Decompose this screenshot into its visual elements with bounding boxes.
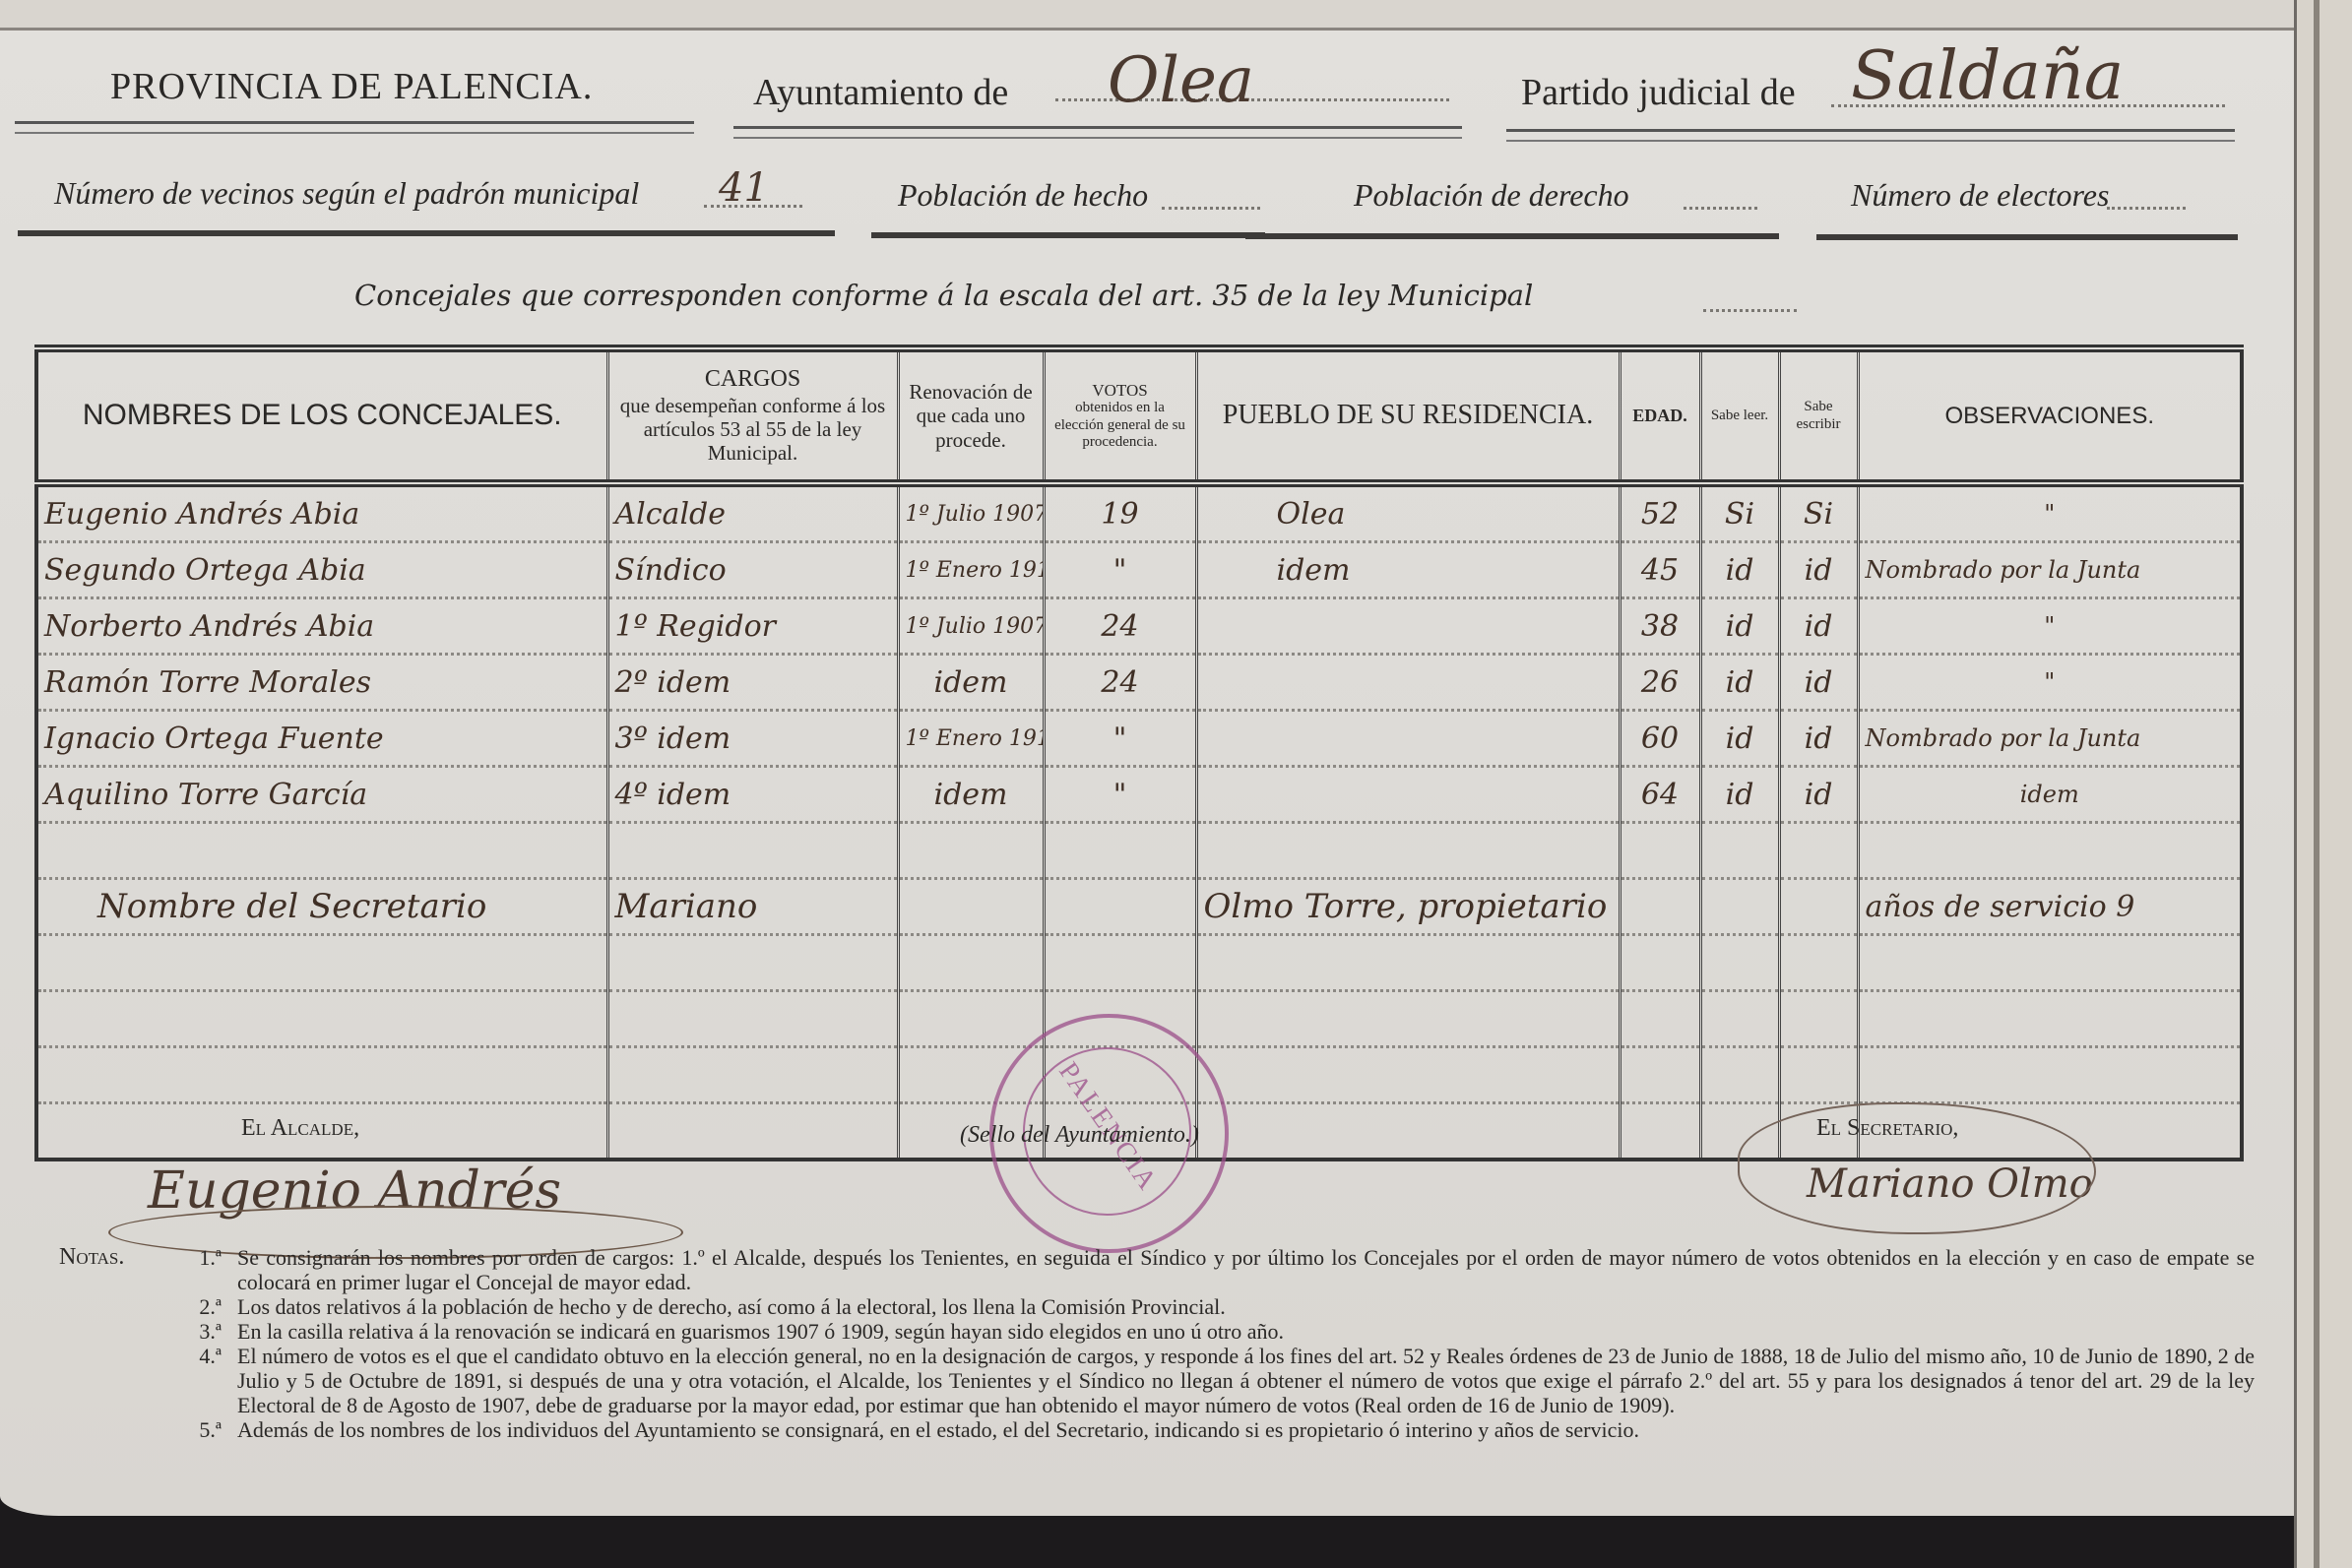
electores-label: Número de electores xyxy=(1851,177,2109,214)
cell-escribir xyxy=(1779,823,1858,879)
cell-observaciones: " xyxy=(1858,483,2242,542)
cell-pueblo xyxy=(1196,767,1620,823)
electores-field[interactable] xyxy=(2107,207,2186,210)
vecinos-value: 41 xyxy=(719,165,769,211)
cell-cargo xyxy=(607,1103,898,1160)
divider xyxy=(1506,129,2235,142)
cell-votos: 19 xyxy=(1044,483,1196,542)
header-votos: VOTOS obtenidos en la elección general d… xyxy=(1044,348,1196,483)
cell-votos: 24 xyxy=(1044,655,1196,711)
note-text: En la casilla relativa á la renovación s… xyxy=(237,1319,2255,1344)
cell-nombre: Segundo Ortega Abia xyxy=(36,542,607,598)
cell-renovacion: idem xyxy=(898,655,1044,711)
notes-label-spacer xyxy=(59,1294,162,1319)
cell-observaciones xyxy=(1858,1047,2242,1103)
cell-renovacion: 1º Enero 1910 xyxy=(898,542,1044,598)
page-edge-line xyxy=(2314,0,2320,1568)
sello-label: (Sello del Ayuntamiento.) xyxy=(960,1122,1199,1149)
cell-leer: Si xyxy=(1700,483,1779,542)
cell-pueblo xyxy=(1196,711,1620,767)
cell-escribir: id xyxy=(1779,598,1858,655)
cell-edad xyxy=(1620,991,1700,1047)
cell-edad: 26 xyxy=(1620,655,1700,711)
cell-cargo xyxy=(607,823,898,879)
page-edge xyxy=(2294,0,2352,1568)
cell-edad xyxy=(1620,879,1700,935)
cell-edad xyxy=(1620,1103,1700,1160)
note-number: 5.ª xyxy=(162,1417,237,1442)
cell-cargo: 3º idem xyxy=(607,711,898,767)
cell-observaciones xyxy=(1858,823,2242,879)
note-number: 1.ª xyxy=(162,1245,237,1294)
cell-renovacion xyxy=(898,823,1044,879)
cell-leer xyxy=(1700,991,1779,1047)
cell-escribir xyxy=(1779,1047,1858,1103)
header-cargos-sub: que desempeñan conforme á los artículos … xyxy=(613,394,893,465)
cell-escribir xyxy=(1779,879,1858,935)
cell-cargo: Mariano xyxy=(607,879,898,935)
note-text: Los datos relativos á la población de he… xyxy=(237,1294,2255,1319)
cell-nombre: Aquilino Torre García xyxy=(36,767,607,823)
note-number: 3.ª xyxy=(162,1319,237,1344)
cell-observaciones xyxy=(1858,991,2242,1047)
poblacion-derecho-label: Población de derecho xyxy=(1354,177,1629,214)
cell-escribir: id xyxy=(1779,767,1858,823)
table-row: Ignacio Ortega Fuente 3º idem 1º Enero 1… xyxy=(36,711,2242,767)
cell-leer xyxy=(1700,935,1779,991)
note-text: Se consignarán los nombres por orden de … xyxy=(237,1245,2255,1294)
vecinos-label: Número de vecinos según el padrón munici… xyxy=(54,175,639,212)
divider xyxy=(1816,234,2238,240)
note-number: 2.ª xyxy=(162,1294,237,1319)
header-cargos: CARGOS que desempeñan conforme á los art… xyxy=(607,348,898,483)
cell-leer: id xyxy=(1700,655,1779,711)
cell-nombre xyxy=(36,935,607,991)
cell-cargo: 2º idem xyxy=(607,655,898,711)
cell-nombre: Nombre del Secretario xyxy=(36,879,607,935)
table-row: Eugenio Andrés Abia Alcalde 1º Julio 190… xyxy=(36,483,2242,542)
cell-pueblo xyxy=(1196,1103,1620,1160)
cell-escribir: id xyxy=(1779,711,1858,767)
cell-renovacion xyxy=(898,879,1044,935)
cell-renovacion: 1º Enero 1910 xyxy=(898,711,1044,767)
cell-nombre: Ignacio Ortega Fuente xyxy=(36,711,607,767)
cell-leer: id xyxy=(1700,542,1779,598)
header-nombres: NOMBRES DE LOS CONCEJALES. xyxy=(36,348,607,483)
partido-label: Partido judicial de xyxy=(1521,71,1796,114)
table-row: Ramón Torre Morales 2º idem idem 24 26 i… xyxy=(36,655,2242,711)
cell-renovacion: 1º Julio 1907 xyxy=(898,598,1044,655)
cell-cargo: 1º Regidor xyxy=(607,598,898,655)
table-row xyxy=(36,935,2242,991)
cell-edad: 38 xyxy=(1620,598,1700,655)
header-renovacion: Renovación de que cada uno procede. xyxy=(898,348,1044,483)
cell-cargo xyxy=(607,991,898,1047)
cell-votos xyxy=(1044,823,1196,879)
table-row: Norberto Andrés Abia 1º Regidor 1º Julio… xyxy=(36,598,2242,655)
header-sabe-escribir: Sabe escribir xyxy=(1779,348,1858,483)
cell-nombre xyxy=(36,991,607,1047)
note-number: 4.ª xyxy=(162,1344,237,1417)
cell-nombre: Norberto Andrés Abia xyxy=(36,598,607,655)
notes-section: Notas. 1.ª Se consignarán los nombres po… xyxy=(59,1245,2255,1442)
table-row: Aquilino Torre García 4º idem idem " 64 … xyxy=(36,767,2242,823)
cell-observaciones: años de servicio 9 xyxy=(1858,879,2242,935)
partido-value: Saldaña xyxy=(1851,37,2124,115)
cell-escribir xyxy=(1779,991,1858,1047)
cell-votos xyxy=(1044,935,1196,991)
cell-renovacion xyxy=(898,991,1044,1047)
cell-leer: id xyxy=(1700,598,1779,655)
cell-observaciones: " xyxy=(1858,655,2242,711)
cell-cargo: Síndico xyxy=(607,542,898,598)
ayuntamiento-value: Olea xyxy=(1108,44,1254,117)
note-item: 2.ª Los datos relativos á la población d… xyxy=(59,1294,2255,1319)
cell-cargo xyxy=(607,935,898,991)
concejales-escala-label: Concejales que corresponden conforme á l… xyxy=(354,279,1533,312)
cell-nombre: Ramón Torre Morales xyxy=(36,655,607,711)
table-row-secretario: Nombre del Secretario Mariano Olmo Torre… xyxy=(36,879,2242,935)
notes-label-spacer xyxy=(59,1319,162,1344)
provincia-title: PROVINCIA DE PALENCIA. xyxy=(110,65,593,108)
poblacion-hecho-field[interactable] xyxy=(1162,207,1260,210)
note-item: 3.ª En la casilla relativa á la renovaci… xyxy=(59,1319,2255,1344)
note-item: 4.ª El número de votos es el que el cand… xyxy=(59,1344,2255,1417)
header-votos-title: VOTOS xyxy=(1049,381,1191,401)
table-header-row: NOMBRES DE LOS CONCEJALES. CARGOS que de… xyxy=(36,348,2242,483)
cell-leer: id xyxy=(1700,711,1779,767)
cell-pueblo: idem xyxy=(1196,542,1620,598)
alcalde-label: El Alcalde, xyxy=(241,1115,359,1142)
note-item: 5.ª Además de los nombres de los individ… xyxy=(59,1417,2255,1442)
cell-pueblo xyxy=(1196,1047,1620,1103)
cell-cargo xyxy=(607,1047,898,1103)
cell-votos: 24 xyxy=(1044,598,1196,655)
cell-escribir: Si xyxy=(1779,483,1858,542)
cell-nombre xyxy=(36,823,607,879)
cell-edad xyxy=(1620,935,1700,991)
cell-edad xyxy=(1620,823,1700,879)
header-observaciones: OBSERVACIONES. xyxy=(1858,348,2242,483)
cell-pueblo: Olea xyxy=(1196,483,1620,542)
table-row xyxy=(36,823,2242,879)
poblacion-hecho-label: Población de hecho xyxy=(898,177,1148,214)
concejales-dotted-line xyxy=(1703,309,1797,312)
cell-pueblo xyxy=(1196,935,1620,991)
header-pueblo: PUEBLO DE SU RESIDENCIA. xyxy=(1196,348,1620,483)
cell-observaciones: Nombrado por la Junta xyxy=(1858,711,2242,767)
poblacion-derecho-field[interactable] xyxy=(1684,207,1757,210)
cell-edad xyxy=(1620,1047,1700,1103)
divider xyxy=(1245,233,1779,239)
notes-label-spacer xyxy=(59,1417,162,1442)
cell-renovacion xyxy=(898,935,1044,991)
cell-escribir: id xyxy=(1779,655,1858,711)
cell-observaciones: idem xyxy=(1858,767,2242,823)
note-text: El número de votos es el que el candidat… xyxy=(237,1344,2255,1417)
cell-cargo: Alcalde xyxy=(607,483,898,542)
cell-leer: id xyxy=(1700,767,1779,823)
cell-nombre xyxy=(36,1047,607,1103)
cell-votos: " xyxy=(1044,767,1196,823)
header-edad: EDAD. xyxy=(1620,348,1700,483)
cell-renovacion: idem xyxy=(898,767,1044,823)
divider xyxy=(733,126,1462,139)
header-cargos-title: CARGOS xyxy=(613,366,893,394)
cell-leer xyxy=(1700,823,1779,879)
cell-votos xyxy=(1044,879,1196,935)
notes-label-spacer xyxy=(59,1344,162,1417)
cell-edad: 52 xyxy=(1620,483,1700,542)
cell-observaciones: " xyxy=(1858,598,2242,655)
cell-pueblo: Olmo Torre, propietario xyxy=(1196,879,1620,935)
cell-edad: 45 xyxy=(1620,542,1700,598)
notes-label: Notas. xyxy=(59,1245,162,1294)
cell-leer xyxy=(1700,879,1779,935)
cell-edad: 64 xyxy=(1620,767,1700,823)
note-item: Notas. 1.ª Se consignarán los nombres po… xyxy=(59,1245,2255,1294)
cell-pueblo xyxy=(1196,598,1620,655)
cell-observaciones: Nombrado por la Junta xyxy=(1858,542,2242,598)
cell-escribir xyxy=(1779,935,1858,991)
cell-votos: " xyxy=(1044,711,1196,767)
cell-edad: 60 xyxy=(1620,711,1700,767)
cell-cargo: 4º idem xyxy=(607,767,898,823)
note-text: Además de los nombres de los individuos … xyxy=(237,1417,2255,1442)
cell-escribir: id xyxy=(1779,542,1858,598)
secretario-signature-flourish xyxy=(1738,1102,2096,1234)
table-row: Segundo Ortega Abia Síndico 1º Enero 191… xyxy=(36,542,2242,598)
cell-nombre: Eugenio Andrés Abia xyxy=(36,483,607,542)
divider xyxy=(15,121,694,134)
previous-page-edge xyxy=(0,0,2294,31)
cell-observaciones xyxy=(1858,935,2242,991)
cell-renovacion: 1º Julio 1907 xyxy=(898,483,1044,542)
divider xyxy=(18,230,835,236)
header-sabe-leer: Sabe leer. xyxy=(1700,348,1779,483)
header-votos-sub: obtenidos en la elección general de su p… xyxy=(1049,400,1191,451)
cell-leer xyxy=(1700,1047,1779,1103)
divider xyxy=(871,232,1265,238)
cell-pueblo xyxy=(1196,823,1620,879)
cell-pueblo xyxy=(1196,655,1620,711)
ayuntamiento-label: Ayuntamiento de xyxy=(753,71,1008,114)
cell-pueblo xyxy=(1196,991,1620,1047)
cell-votos: " xyxy=(1044,542,1196,598)
